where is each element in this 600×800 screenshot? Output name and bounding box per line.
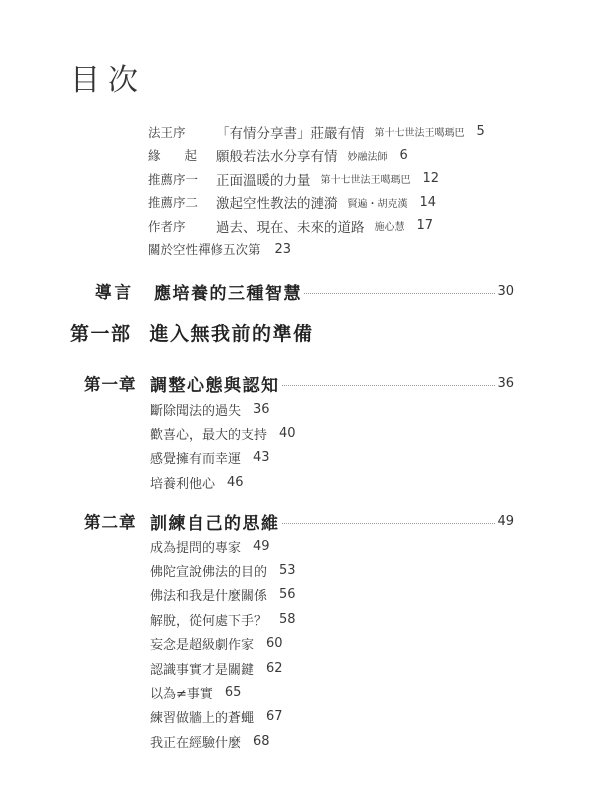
page-title: 目次 [70, 55, 146, 99]
dotted-leader [282, 523, 496, 524]
front-matter-author: 第十七世法王噶瑪巴 [321, 171, 411, 186]
section-item[interactable]: 認識事實才是關鍵 62 [150, 656, 600, 680]
part-one-title: 進入無我前的準備 [150, 319, 314, 346]
front-matter-label: 緣 起 [148, 146, 216, 164]
front-matter-item[interactable]: 推薦序二 激起空性教法的漣漪 賢遍・胡克漢 14 [148, 191, 485, 215]
section-title: 練習做牆上的蒼蠅 [150, 707, 254, 726]
dotted-leader [304, 293, 495, 294]
front-matter-label: 推薦序一 [148, 170, 216, 188]
section-item[interactable]: 練習做牆上的蒼蠅 67 [150, 705, 600, 729]
part-one-heading[interactable]: 第一部 進入無我前的準備 [0, 319, 600, 346]
front-matter-list: 法王序 「有情分享書」莊嚴有情 第十七世法王噶瑪巴 5 緣 起 願般若法水分享有… [148, 120, 485, 261]
section-page: 58 [279, 612, 296, 627]
front-matter-label: 法王序 [148, 123, 216, 141]
section-title: 佛陀宣說佛法的目的 [150, 561, 267, 580]
dotted-leader [282, 385, 496, 386]
section-list: 成為提問的專家 49 佛陀宣說佛法的目的 53 佛法和我是什麼關係 56 解脫，… [150, 534, 600, 754]
section-title: 以為≠事實 [150, 683, 213, 702]
front-matter-page: 14 [420, 195, 437, 210]
section-item[interactable]: 我正在經驗什麼 68 [150, 729, 600, 753]
chapter-heading[interactable]: 第一章 調整心態與認知 36 [0, 372, 600, 394]
section-page: 46 [227, 475, 244, 490]
section-item[interactable]: 歡喜心，最大的支持 40 [150, 421, 600, 445]
section-title: 斷除聞法的過失 [150, 400, 241, 419]
section-item[interactable]: 以為≠事實 65 [150, 680, 600, 704]
introduction-heading[interactable]: 導言 應培養的三種智慧 30 [0, 280, 600, 302]
chapter-title: 調整心態與認知 [150, 371, 280, 396]
section-page: 40 [279, 426, 296, 441]
section-title: 佛法和我是什麼關係 [150, 585, 267, 604]
front-matter-item[interactable]: 推薦序一 正面溫暖的力量 第十七世法王噶瑪巴 12 [148, 167, 485, 191]
front-matter-author: 賢遍・胡克漢 [348, 195, 408, 210]
section-page: 60 [266, 636, 283, 651]
section-title: 培養利他心 [150, 473, 215, 492]
section-page: 43 [253, 450, 270, 465]
section-item[interactable]: 妄念是超級劇作家 60 [150, 632, 600, 656]
section-title: 解脫，從何處下手？ [150, 610, 267, 629]
front-matter-item[interactable]: 作者序 過去、現在、未來的道路 施心慧 17 [148, 214, 485, 238]
part-one-section: 第一部 進入無我前的準備 [0, 319, 600, 346]
front-matter-title: 正面溫暖的力量 [216, 169, 311, 189]
front-matter-title: 關於空性禪修五次第 [148, 240, 261, 258]
front-matter-page: 5 [477, 124, 485, 139]
chapter-title: 訓練自己的思維 [150, 509, 280, 534]
section-item[interactable]: 培養利他心 46 [150, 470, 600, 494]
front-matter-author: 第十七世法王噶瑪巴 [375, 124, 465, 139]
section-page: 56 [279, 587, 296, 602]
front-matter-label: 作者序 [148, 217, 216, 235]
section-page: 65 [225, 685, 242, 700]
front-matter-title: 願般若法水分享有情 [216, 145, 338, 165]
front-matter-label: 推薦序二 [148, 193, 216, 211]
front-matter-author: 施心慧 [375, 218, 405, 233]
front-matter-title: 過去、現在、未來的道路 [216, 216, 365, 236]
front-matter-title: 激起空性教法的漣漪 [216, 192, 338, 212]
section-page: 53 [279, 563, 296, 578]
section-item[interactable]: 斷除聞法的過失 36 [150, 397, 600, 421]
section-item[interactable]: 解脫，從何處下手？ 58 [150, 607, 600, 631]
front-matter-item[interactable]: 法王序 「有情分享書」莊嚴有情 第十七世法王噶瑪巴 5 [148, 120, 485, 144]
section-title: 感覺擁有而幸運 [150, 448, 241, 467]
chapter-page: 49 [497, 514, 514, 529]
section-page: 62 [266, 661, 283, 676]
chapter-two-section: 第二章 訓練自己的思維 49 成為提問的專家 49 佛陀宣說佛法的目的 53 佛… [0, 510, 600, 754]
chapter-heading[interactable]: 第二章 訓練自己的思維 49 [0, 510, 600, 532]
section-title: 我正在經驗什麼 [150, 732, 241, 751]
introduction-section: 導言 應培養的三種智慧 30 [0, 280, 600, 302]
section-item[interactable]: 成為提問的專家 49 [150, 534, 600, 558]
section-page: 67 [266, 709, 283, 724]
chapter-one-section: 第一章 調整心態與認知 36 斷除聞法的過失 36 歡喜心，最大的支持 40 感… [0, 372, 600, 495]
section-title: 認識事實才是關鍵 [150, 659, 254, 678]
front-matter-author: 妙融法師 [348, 148, 388, 163]
chapter-page: 36 [497, 376, 514, 391]
front-matter-page: 6 [400, 148, 408, 163]
introduction-label: 導言 [95, 279, 134, 303]
section-title: 歡喜心，最大的支持 [150, 424, 267, 443]
front-matter-page: 17 [417, 218, 434, 233]
introduction-page: 30 [497, 284, 514, 299]
chapter-label: 第二章 [84, 509, 150, 533]
section-page: 49 [253, 539, 270, 554]
front-matter-page: 23 [275, 242, 292, 257]
chapter-label: 第一章 [84, 371, 150, 395]
section-title: 妄念是超級劇作家 [150, 634, 254, 653]
section-item[interactable]: 感覺擁有而幸運 43 [150, 446, 600, 470]
front-matter-page: 12 [423, 171, 440, 186]
part-one-label: 第一部 [70, 319, 132, 346]
introduction-title: 應培養的三種智慧 [154, 279, 302, 304]
section-list: 斷除聞法的過失 36 歡喜心，最大的支持 40 感覺擁有而幸運 43 培養利他心… [150, 397, 600, 495]
section-title: 成為提問的專家 [150, 537, 241, 556]
section-page: 36 [253, 402, 270, 417]
section-item[interactable]: 佛法和我是什麼關係 56 [150, 583, 600, 607]
section-page: 68 [253, 734, 270, 749]
front-matter-title: 「有情分享書」莊嚴有情 [216, 122, 365, 142]
front-matter-item[interactable]: 緣 起 願般若法水分享有情 妙融法師 6 [148, 144, 485, 168]
section-item[interactable]: 佛陀宣說佛法的目的 53 [150, 558, 600, 582]
front-matter-item[interactable]: 關於空性禪修五次第 23 [148, 238, 485, 262]
